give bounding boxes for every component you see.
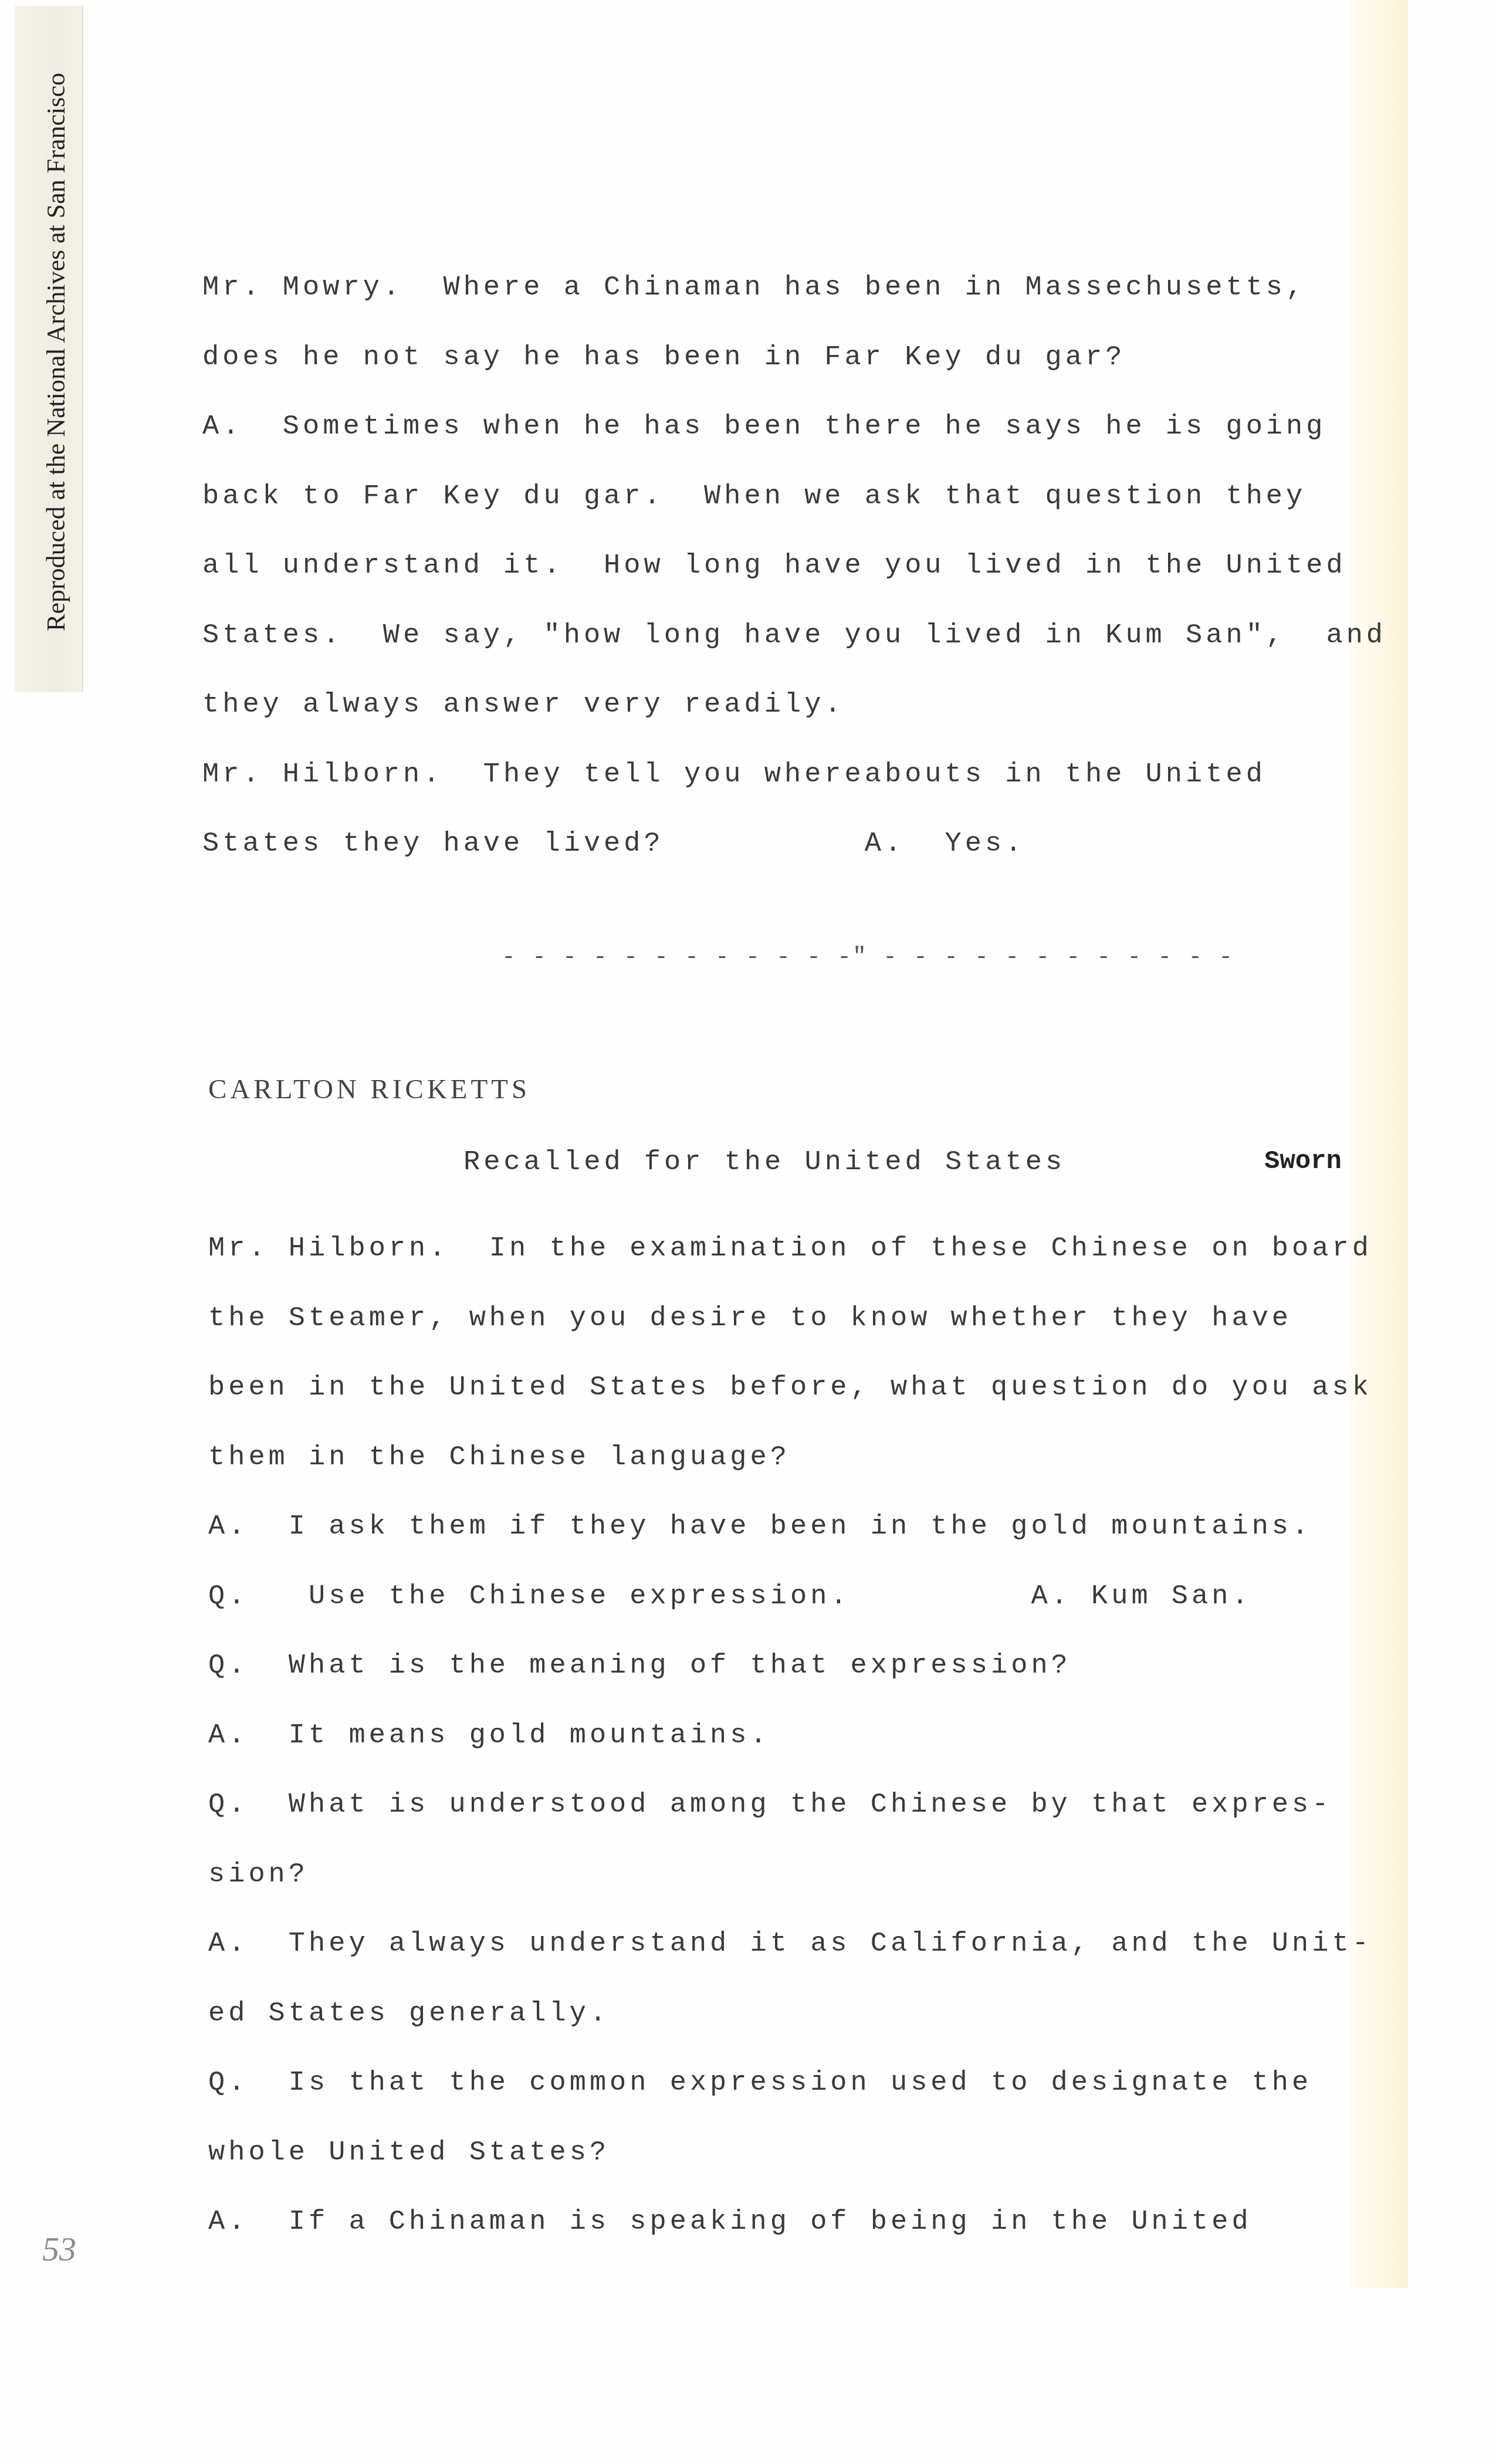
text-line: A. I ask them if they have been in the g… <box>208 1492 1382 1562</box>
text-line: all understand it. How long have you liv… <box>202 532 1376 601</box>
text-line: A. Sometimes when he has been there he s… <box>202 392 1376 462</box>
text-line: the Steamer, when you desire to know whe… <box>208 1284 1382 1354</box>
text-line: States. We say, "how long have you lived… <box>202 601 1376 671</box>
text-line: back to Far Key du gar. When we ask that… <box>202 462 1376 532</box>
section-separator: - - - - - - - - - - - -" - - - - - - - -… <box>502 945 1234 971</box>
witness-name: CARLTON RICKETTS <box>208 1074 530 1105</box>
text-line: Mr. Hilborn. In the examination of these… <box>208 1214 1382 1284</box>
text-line: Q. Use the Chinese expression. A. Kum Sa… <box>208 1562 1382 1632</box>
text-line: been in the United States before, what q… <box>208 1353 1382 1423</box>
text-line: A. They always understand it as Californ… <box>208 1910 1382 1979</box>
testimony-section-mowry: Mr. Mowry. Where a Chinaman has been in … <box>202 253 1376 879</box>
text-line: they always answer very readily. <box>202 671 1376 740</box>
sworn-overstrike: Sworn <box>1264 1147 1342 1176</box>
text-line: sion? <box>208 1840 1382 1910</box>
text-line: Q. What is understood among the Chinese … <box>208 1771 1382 1840</box>
text-line: Mr. Mowry. Where a Chinaman has been in … <box>202 253 1376 323</box>
text-line: does he not say he has been in Far Key d… <box>202 323 1376 393</box>
witness-recalled-note: Recalled for the United States <box>463 1147 1065 1178</box>
archive-label-text: Reproduced at the National Archives at S… <box>41 73 71 631</box>
text-line: A. If a Chinaman is speaking of being in… <box>208 2188 1382 2257</box>
text-line: ed States generally. <box>208 1979 1382 2049</box>
text-line: States they have lived? A. Yes. <box>202 810 1376 879</box>
text-line: Q. Is that the common expression used to… <box>208 2049 1382 2118</box>
text-line: them in the Chinese language? <box>208 1423 1382 1493</box>
text-line: whole United States? <box>208 2118 1382 2188</box>
text-line: Mr. Hilborn. They tell you whereabouts i… <box>202 740 1376 810</box>
archive-stamp: Reproduced at the National Archives at S… <box>15 6 83 692</box>
testimony-section-ricketts: Mr. Hilborn. In the examination of these… <box>208 1214 1382 2257</box>
text-line: A. It means gold mountains. <box>208 1701 1382 1771</box>
text-line: Q. What is the meaning of that expressio… <box>208 1632 1382 1701</box>
handwritten-page-number: 53 <box>42 2229 76 2269</box>
document-page: Reproduced at the National Archives at S… <box>0 0 1496 2464</box>
